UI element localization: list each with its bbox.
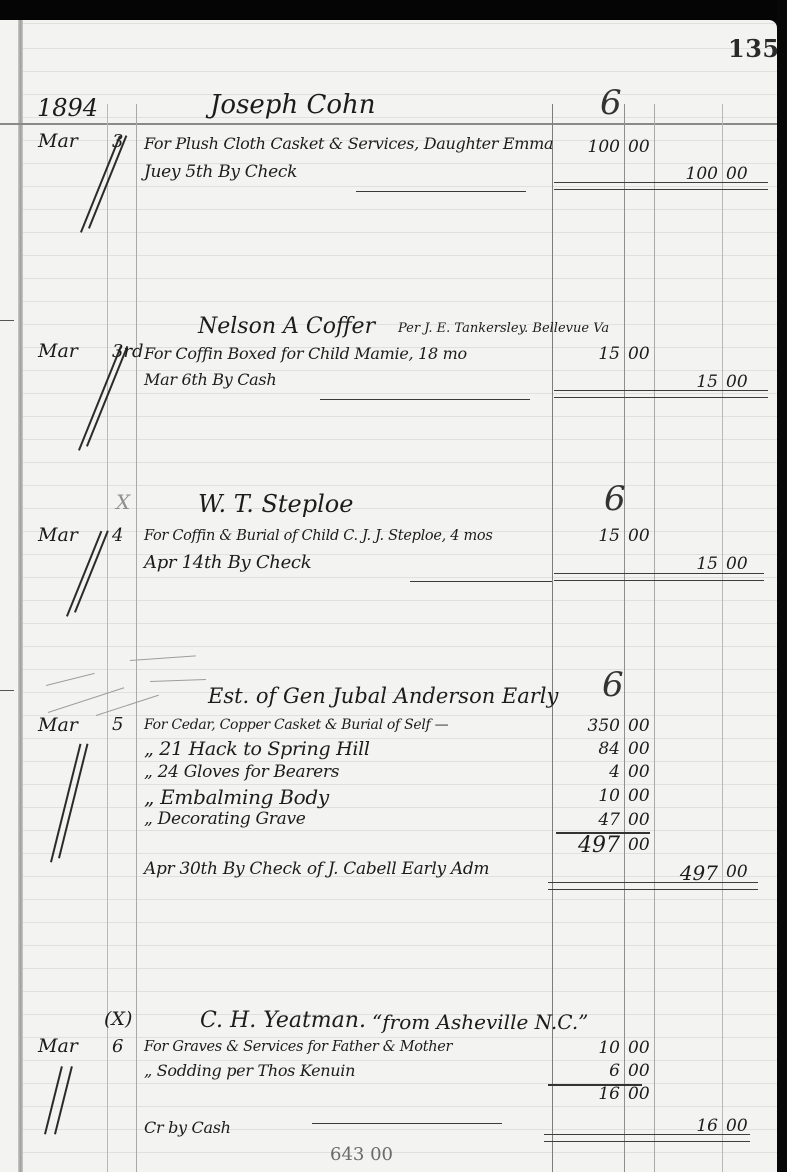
line-item-description: For Coffin & Burial of Child C. J. J. St… (144, 529, 493, 544)
subtotal-cents: 00 (628, 837, 654, 854)
subtotal-dollars: 497 (560, 835, 620, 857)
edge-tick-mark (0, 320, 14, 321)
debit-dollars: 100 (560, 139, 620, 156)
line-item-description: „ Sodding per Thos Kenuin (144, 1063, 355, 1079)
margin-mark: (X) (104, 1010, 132, 1029)
debit-dollars: 47 (560, 812, 620, 829)
credit-cents: 00 (726, 166, 756, 183)
column-line-credit (654, 104, 655, 1172)
ledger-year: 1894 (37, 96, 98, 120)
debit-dollars: 84 (560, 741, 620, 758)
fill-line (356, 191, 526, 192)
line-item-description: For Coffin Boxed for Child Mamie, 18 mo (144, 346, 467, 362)
credit-cents: 00 (726, 556, 756, 573)
credit-dollars: 100 (658, 166, 718, 183)
subtotal-cents: 00 (628, 1086, 654, 1103)
check-mark: 6 (600, 86, 622, 120)
debit-dollars: 10 (560, 788, 620, 805)
payment-description: Apr 30th By Check of J. Cabell Early Adm (144, 861, 489, 878)
account-name: Nelson A Coffer (198, 316, 375, 338)
edge-tick-mark (0, 690, 14, 691)
column-line-debit-cents (624, 104, 625, 1172)
credit-cents: 00 (726, 1118, 756, 1135)
debit-cents: 00 (628, 346, 654, 363)
debit-cents: 00 (628, 718, 654, 735)
account-note: Per J. E. Tankersley. Bellevue Va (398, 322, 609, 335)
debit-cents: 00 (628, 812, 654, 829)
entry-month: Mar (38, 526, 78, 545)
line-item-description: „ 21 Hack to Spring Hill (144, 740, 370, 759)
column-line-day (136, 104, 137, 1172)
credit-dollars: 15 (658, 556, 718, 573)
margin-mark: X (116, 492, 130, 512)
credit-cents: 00 (726, 864, 756, 881)
debit-dollars: 4 (560, 764, 620, 781)
account-name: Est. of Gen Jubal Anderson Early (208, 686, 558, 707)
account-name: Joseph Cohn (210, 92, 376, 118)
fill-line (410, 581, 552, 582)
line-item-description: For Graves & Services for Father & Mothe… (144, 1040, 452, 1055)
line-item-description: For Cedar, Copper Casket & Burial of Sel… (144, 718, 448, 732)
debit-cents: 00 (628, 788, 654, 805)
line-item-description: For Plush Cloth Casket & Services, Daugh… (144, 136, 553, 152)
credit-dollars: 15 (658, 374, 718, 391)
debit-dollars: 15 (560, 528, 620, 545)
entry-month: Mar (38, 716, 78, 735)
scan-top-border (0, 0, 787, 20)
credit-dollars: 497 (658, 863, 718, 883)
closing-double-rule (554, 182, 768, 190)
line-item-description: „ Embalming Body (144, 787, 329, 807)
column-line-credit-cents (722, 104, 723, 1172)
debit-cents: 00 (628, 528, 654, 545)
entry-day: 4 (112, 527, 123, 545)
subtotal-dollars: 16 (560, 1086, 620, 1103)
payment-description: Cr by Cash (144, 1120, 231, 1136)
debit-dollars: 10 (560, 1040, 620, 1057)
ledger-page: 135 1894 Joseph Cohn 6 Mar 3 For Plush C… (0, 20, 777, 1172)
entry-day: 6 (112, 1038, 123, 1056)
entry-day: 5 (112, 716, 123, 734)
payment-description: Mar 6th By Cash (144, 372, 276, 388)
payment-description: Apr 14th By Check (144, 554, 311, 572)
closing-double-rule (548, 882, 758, 890)
credit-dollars: 16 (658, 1118, 718, 1135)
account-note: “from Asheville N.C.” (372, 1012, 588, 1032)
closing-double-rule (554, 390, 768, 398)
page-total-pencil: 643 00 (330, 1146, 393, 1164)
entry-month: Mar (38, 342, 78, 361)
debit-dollars: 6 (560, 1063, 620, 1080)
scan-right-border (777, 0, 787, 1172)
closing-double-rule (554, 573, 764, 581)
line-item-description: „ 24 Gloves for Bearers (144, 764, 339, 781)
page-spine (18, 20, 23, 1172)
page-number: 135 (728, 34, 777, 63)
check-mark: 6 (602, 668, 624, 702)
check-mark: 6 (604, 482, 626, 516)
fill-line (312, 1123, 502, 1124)
account-name: W. T. Steploe (198, 492, 353, 516)
closing-double-rule (544, 1134, 750, 1142)
debit-cents: 00 (628, 741, 654, 758)
entry-month: Mar (38, 132, 78, 151)
debit-cents: 00 (628, 764, 654, 781)
fill-line (320, 399, 530, 400)
debit-cents: 00 (628, 1063, 654, 1080)
entry-day: 3 (112, 133, 123, 151)
debit-dollars: 15 (560, 346, 620, 363)
entry-month: Mar (38, 1037, 78, 1056)
debit-cents: 00 (628, 1040, 654, 1057)
account-name: C. H. Yeatman. (200, 1010, 366, 1032)
debit-dollars: 350 (560, 718, 620, 735)
header-rule (0, 123, 777, 125)
line-item-description: „ Decorating Grave (144, 811, 306, 828)
debit-cents: 00 (628, 139, 654, 156)
payment-description: Juey 5th By Check (144, 164, 297, 181)
entry-day: 3rd (112, 343, 144, 361)
credit-cents: 00 (726, 374, 756, 391)
